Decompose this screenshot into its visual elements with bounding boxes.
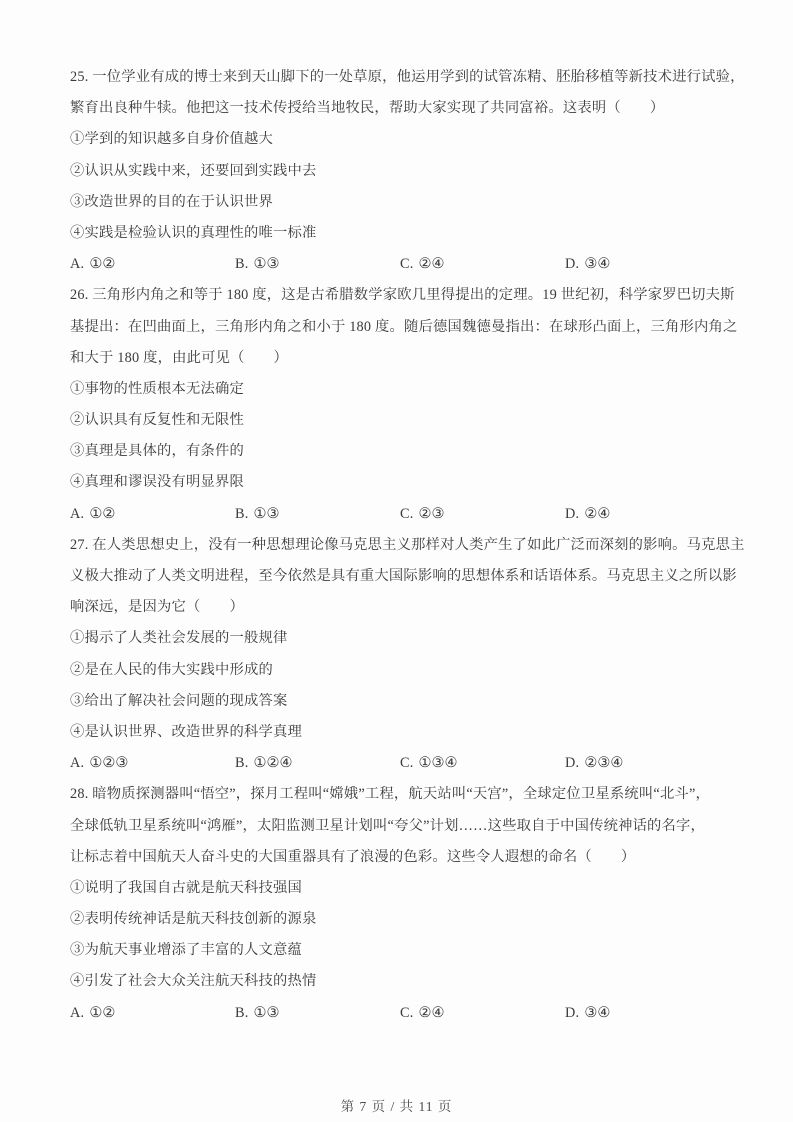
question-26: 26. 三角形内角之和等于 180 度，这是古希腊数学家欧几里得提出的定理。19…	[70, 280, 740, 530]
choice-value: ②③④	[584, 755, 623, 771]
choice-value: ②④	[584, 506, 610, 522]
choice-label: D.	[565, 506, 579, 522]
choice-value: ①③	[254, 256, 280, 272]
question-stem-line: 和大于 180 度，由此可见（ ）	[70, 343, 740, 374]
question-stem-line: 25. 一位学业有成的博士来到天山脚下的一处草原，他运用学到的试管冻精、胚胎移植…	[70, 62, 740, 93]
option-line-4: ④是认识世界、改造世界的科学真理	[70, 717, 740, 748]
choice-d: D.③④	[565, 998, 610, 1029]
choice-a: A.①②	[70, 499, 235, 530]
question-stem-line: 响深远，是因为它（ ）	[70, 592, 740, 623]
choice-d: D.②③④	[565, 748, 623, 779]
choice-value: ③④	[584, 256, 610, 272]
option-line-2: ②认识具有反复性和无限性	[70, 405, 740, 436]
option-line-3: ③为航天事业增添了丰富的人文意蕴	[70, 935, 740, 966]
choice-a: A.①②③	[70, 748, 235, 779]
choice-value: ①③	[254, 1005, 280, 1021]
choice-label: C.	[400, 256, 414, 272]
option-line-4: ④真理和谬误没有明显界限	[70, 467, 740, 498]
choice-value: ①②	[89, 1005, 115, 1021]
exam-page: 25. 一位学业有成的博士来到天山脚下的一处草原，他运用学到的试管冻精、胚胎移植…	[0, 0, 793, 1122]
choice-value: ①②	[89, 506, 115, 522]
option-line-3: ③改造世界的目的在于认识世界	[70, 187, 740, 218]
option-line-3: ③给出了解决社会问题的现成答案	[70, 686, 740, 717]
question-stem-line: 让标志着中国航天人奋斗史的大国重器具有了浪漫的色彩。这些令人遐想的命名（ ）	[70, 842, 740, 873]
choice-value: ①②④	[254, 755, 293, 771]
choice-b: B.①③	[235, 499, 400, 530]
choice-label: B.	[235, 506, 249, 522]
choice-label: C.	[400, 506, 414, 522]
choice-value: ①②③	[89, 755, 128, 771]
choice-value: ②③	[419, 506, 445, 522]
question-stem-line: 义极大推动了人类文明进程，至今依然是具有重大国际影响的思想体系和话语体系。马克思…	[70, 561, 740, 592]
question-28: 28. 暗物质探测器叫“悟空”，探月工程叫“嫦娥”工程，航天站叫“天宫”，全球定…	[70, 779, 740, 1029]
choice-d: D.②④	[565, 499, 610, 530]
option-line-2: ②表明传统神话是航天科技创新的源泉	[70, 904, 740, 935]
choice-b: B.①②④	[235, 748, 400, 779]
choice-a: A.①②	[70, 998, 235, 1029]
choice-a: A.①②	[70, 249, 235, 280]
question-stem-line: 基提出：在凹曲面上，三角形内角之和小于 180 度。随后德国魏德曼指出：在球形凸…	[70, 312, 740, 343]
question-27: 27. 在人类思想史上，没有一种思想理论像马克思主义那样对人类产生了如此广泛而深…	[70, 530, 740, 780]
question-stem-line: 全球低轨卫星系统叫“鸿雁”，太阳监测卫星计划叫“夸父”计划……这些取自于中国传统…	[70, 811, 740, 842]
choice-label: B.	[235, 755, 249, 771]
choice-c: C.①③④	[400, 748, 565, 779]
option-line-3: ③真理是具体的，有条件的	[70, 436, 740, 467]
choice-value: ①②	[89, 256, 115, 272]
choice-label: B.	[235, 256, 249, 272]
choice-label: C.	[400, 755, 414, 771]
choice-row: A.①② B.①③ C.②④ D.③④	[70, 998, 740, 1029]
choice-value: ①③④	[419, 755, 458, 771]
choice-label: D.	[565, 256, 579, 272]
choice-c: C.②③	[400, 499, 565, 530]
page-footer: 第 7 页 / 共 11 页	[0, 1096, 793, 1118]
page-content: 25. 一位学业有成的博士来到天山脚下的一处草原，他运用学到的试管冻精、胚胎移植…	[70, 62, 740, 1029]
option-line-4: ④引发了社会大众关注航天科技的热情	[70, 966, 740, 997]
choice-label: A.	[70, 755, 84, 771]
option-line-4: ④实践是检验认识的真理性的唯一标准	[70, 218, 740, 249]
choice-row: A.①② B.①③ C.②③ D.②④	[70, 499, 740, 530]
choice-label: D.	[565, 1005, 579, 1021]
option-line-2: ②是在人民的伟大实践中形成的	[70, 655, 740, 686]
choice-b: B.①③	[235, 249, 400, 280]
question-stem-line: 27. 在人类思想史上，没有一种思想理论像马克思主义那样对人类产生了如此广泛而深…	[70, 530, 740, 561]
choice-value: ②④	[419, 1005, 445, 1021]
choice-row: A.①② B.①③ C.②④ D.③④	[70, 249, 740, 280]
option-line-1: ①学到的知识越多自身价值越大	[70, 124, 740, 155]
choice-row: A.①②③ B.①②④ C.①③④ D.②③④	[70, 748, 740, 779]
choice-label: B.	[235, 1005, 249, 1021]
choice-label: A.	[70, 1005, 84, 1021]
choice-label: A.	[70, 506, 84, 522]
choice-label: D.	[565, 755, 579, 771]
choice-d: D.③④	[565, 249, 610, 280]
question-stem-line: 繁育出良种牛犊。他把这一技术传授给当地牧民，帮助大家实现了共同富裕。这表明（ ）	[70, 93, 740, 124]
option-line-1: ①揭示了人类社会发展的一般规律	[70, 623, 740, 654]
choice-b: B.①③	[235, 998, 400, 1029]
choice-c: C.②④	[400, 249, 565, 280]
choice-value: ①③	[254, 506, 280, 522]
choice-c: C.②④	[400, 998, 565, 1029]
option-line-1: ①说明了我国自古就是航天科技强国	[70, 873, 740, 904]
choice-label: C.	[400, 1005, 414, 1021]
question-25: 25. 一位学业有成的博士来到天山脚下的一处草原，他运用学到的试管冻精、胚胎移植…	[70, 62, 740, 280]
question-stem-line: 28. 暗物质探测器叫“悟空”，探月工程叫“嫦娥”工程，航天站叫“天宫”，全球定…	[70, 779, 740, 810]
option-line-1: ①事物的性质根本无法确定	[70, 374, 740, 405]
choice-value: ③④	[584, 1005, 610, 1021]
option-line-2: ②认识从实践中来，还要回到实践中去	[70, 156, 740, 187]
choice-label: A.	[70, 256, 84, 272]
choice-value: ②④	[419, 256, 445, 272]
question-stem-line: 26. 三角形内角之和等于 180 度，这是古希腊数学家欧几里得提出的定理。19…	[70, 280, 740, 311]
